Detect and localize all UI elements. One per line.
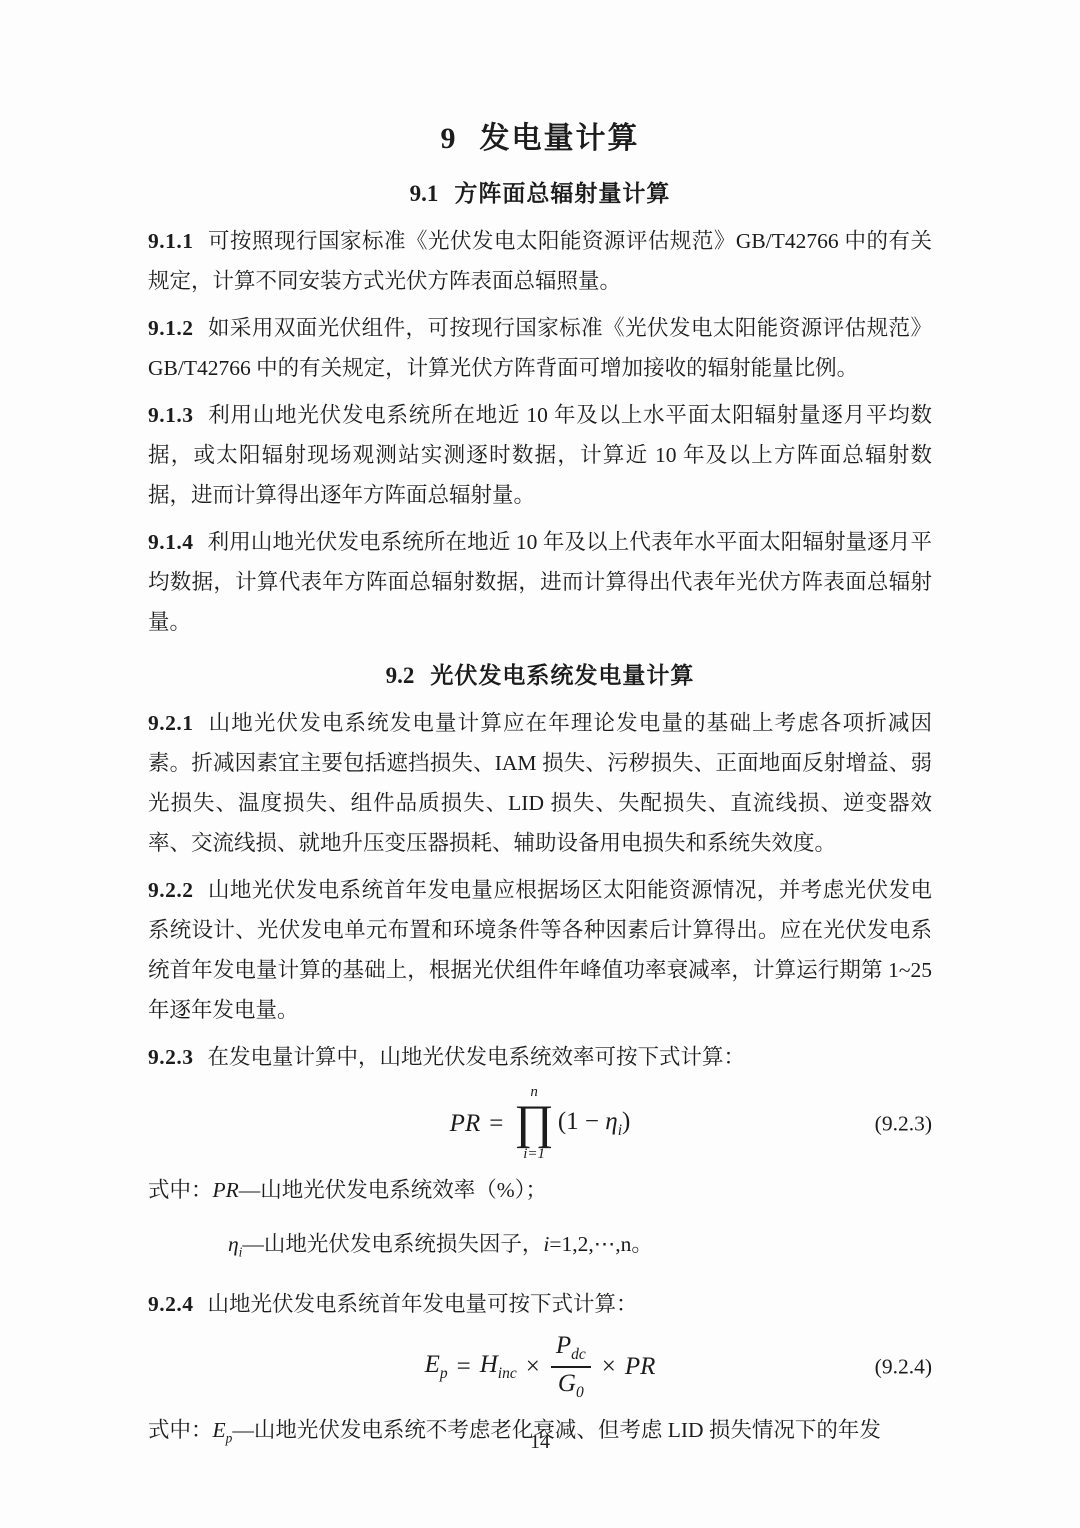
times-sign: × bbox=[602, 1353, 616, 1381]
h-subscript: inc bbox=[498, 1365, 517, 1382]
clause-number: 9.1.3 bbox=[148, 403, 194, 427]
h-variable: H bbox=[480, 1351, 498, 1378]
clause-number: 9.2.2 bbox=[148, 878, 194, 902]
clause-9-1-1: 9.1.1可按照现行国家标准《光伏发电太阳能资源评估规范》GB/T42766 中… bbox=[148, 221, 932, 301]
equation-number: (9.2.3) bbox=[875, 1111, 932, 1136]
formula-lhs: PR bbox=[450, 1110, 481, 1138]
e-subscript: p bbox=[440, 1365, 448, 1382]
where-prefix: 式中： bbox=[148, 1178, 213, 1202]
chapter-title: 9发电量计算 bbox=[148, 120, 932, 158]
section-number: 9.2 bbox=[386, 663, 415, 688]
clause-9-2-3: 9.2.3在发电量计算中，山地光伏发电系统效率可按下式计算： bbox=[148, 1037, 932, 1077]
where-description: —山地光伏发电系统效率（%）； bbox=[239, 1178, 547, 1202]
chapter-title-text: 发电量计算 bbox=[480, 122, 640, 155]
clause-text: 利用山地光伏发电系统所在地近 10 年及以上水平面太阳辐射量逐月平均数据，或太阳… bbox=[148, 403, 932, 507]
legend-pr: 式中：PR—山地光伏发电系统效率（%）； bbox=[148, 1170, 932, 1210]
chapter-number: 9 bbox=[441, 122, 456, 155]
clause-9-2-4: 9.2.4山地光伏发电系统首年发电量可按下式计算： bbox=[148, 1284, 932, 1324]
g-subscript: 0 bbox=[576, 1384, 584, 1401]
section-heading-9-2: 9.2光伏发电系统发电量计算 bbox=[148, 660, 932, 691]
page-number: 14 bbox=[0, 1431, 1080, 1454]
formula-term: (1 − ηi) bbox=[558, 1108, 630, 1140]
section-heading-9-1: 9.1方阵面总辐射量计算 bbox=[148, 178, 932, 209]
clause-number: 9.1.1 bbox=[148, 229, 194, 253]
section-number: 9.1 bbox=[410, 181, 439, 206]
p-variable: P bbox=[556, 1332, 571, 1359]
times-sign: × bbox=[526, 1353, 540, 1381]
document-page: 9发电量计算 9.1方阵面总辐射量计算 9.1.1可按照现行国家标准《光伏发电太… bbox=[0, 0, 1080, 1528]
clause-number: 9.1.4 bbox=[148, 530, 194, 554]
legend-eta: ηi—山地光伏发电系统损失因子，i=1,2,⋯,n。 bbox=[148, 1224, 932, 1272]
clause-text: 如采用双面光伏组件，可按现行国家标准《光伏发电太阳能资源评估规范》GB/T427… bbox=[148, 316, 932, 380]
clause-9-1-4: 9.1.4利用山地光伏发电系统所在地近 10 年及以上代表年水平面太阳辐射量逐月… bbox=[148, 522, 932, 642]
fraction-denominator: G0 bbox=[558, 1368, 584, 1402]
equation-number: (9.2.4) bbox=[875, 1355, 932, 1380]
fraction: Pdc G0 bbox=[551, 1332, 591, 1402]
pr-variable: PR bbox=[625, 1353, 656, 1381]
p-subscript: dc bbox=[571, 1346, 586, 1363]
fraction-numerator: Pdc bbox=[551, 1332, 591, 1368]
product-operator: n ∏ i=1 bbox=[514, 1085, 554, 1162]
eta-variable: η bbox=[605, 1108, 617, 1135]
term-open: (1 − bbox=[558, 1108, 605, 1135]
clause-number: 9.1.2 bbox=[148, 316, 194, 340]
g-variable: G bbox=[558, 1370, 576, 1397]
clause-text: 在发电量计算中，山地光伏发电系统效率可按下式计算： bbox=[208, 1045, 746, 1069]
clause-number: 9.2.1 bbox=[148, 711, 194, 735]
clause-9-2-1: 9.2.1山地光伏发电系统发电量计算应在年理论发电量的基础上考虑各项折减因素。折… bbox=[148, 703, 932, 863]
product-lower-limit: i=1 bbox=[523, 1147, 545, 1162]
ep-term: Ep bbox=[425, 1351, 448, 1383]
section-title-text: 光伏发电系统发电量计算 bbox=[430, 662, 694, 688]
clause-9-2-2: 9.2.2山地光伏发电系统首年发电量应根据场区太阳能资源情况，并考虑光伏发电系统… bbox=[148, 870, 932, 1030]
clause-text: 山地光伏发电系统首年发电量应根据场区太阳能资源情况，并考虑光伏发电系统设计、光伏… bbox=[148, 878, 932, 1022]
where-tail: =1,2,⋯,n。 bbox=[549, 1232, 653, 1256]
clause-text: 山地光伏发电系统首年发电量可按下式计算： bbox=[208, 1292, 638, 1316]
clause-number: 9.2.3 bbox=[148, 1045, 194, 1069]
formula-9-2-4: Ep = Hinc × Pdc G0 × PR (9.2.4) bbox=[148, 1332, 932, 1402]
equals-sign: = bbox=[457, 1353, 471, 1381]
page-content: 9发电量计算 9.1方阵面总辐射量计算 9.1.1可按照现行国家标准《光伏发电太… bbox=[0, 0, 1080, 1458]
pr-variable: PR bbox=[213, 1178, 239, 1202]
clause-9-1-2: 9.1.2如采用双面光伏组件，可按现行国家标准《光伏发电太阳能资源评估规范》GB… bbox=[148, 308, 932, 388]
equals-sign: = bbox=[489, 1110, 503, 1138]
product-symbol: ∏ bbox=[514, 1101, 554, 1145]
eta-variable: η bbox=[228, 1232, 239, 1256]
clause-number: 9.2.4 bbox=[148, 1292, 194, 1316]
clause-9-1-3: 9.1.3利用山地光伏发电系统所在地近 10 年及以上水平面太阳辐射量逐月平均数… bbox=[148, 395, 932, 515]
clause-text: 可按照现行国家标准《光伏发电太阳能资源评估规范》GB/T42766 中的有关规定… bbox=[148, 229, 932, 293]
formula-9-2-3: PR = n ∏ i=1 (1 − ηi) (9.2.3) bbox=[148, 1085, 932, 1162]
e-variable: E bbox=[425, 1351, 440, 1378]
clause-text: 利用山地光伏发电系统所在地近 10 年及以上代表年水平面太阳辐射量逐月平均数据，… bbox=[148, 530, 932, 634]
clause-text: 山地光伏发电系统发电量计算应在年理论发电量的基础上考虑各项折减因素。折减因素宜主… bbox=[148, 711, 932, 855]
h-term: Hinc bbox=[480, 1351, 517, 1383]
where-description: —山地光伏发电系统损失因子， bbox=[242, 1232, 543, 1256]
section-title-text: 方阵面总辐射量计算 bbox=[454, 180, 670, 206]
term-close: ) bbox=[622, 1108, 630, 1135]
